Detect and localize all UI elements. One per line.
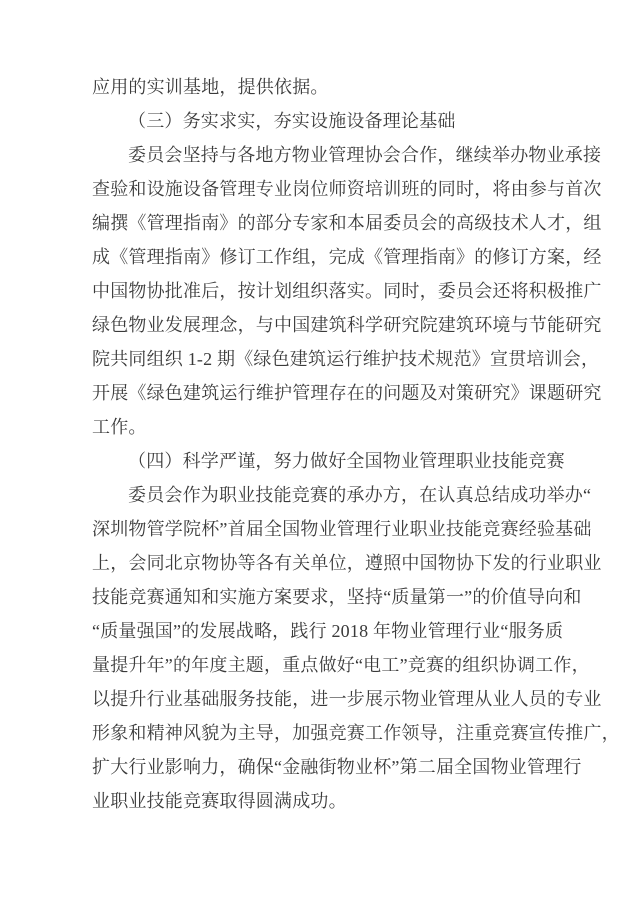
section-heading-3: （三）务实求实，夯实设施设备理论基础	[92, 104, 566, 138]
paragraph-line: 应用的实训基地，提供依据。	[92, 70, 566, 104]
paragraph-line: 编撰《管理指南》的部分专家和本届委员会的高级技术人才，组	[92, 206, 566, 240]
paragraph-line: 成《管理指南》修订工作组，完成《管理指南》的修订方案，经	[92, 240, 566, 274]
paragraph-line: 上，会同北京物协等各有关单位，遵照中国物协下发的行业职业	[92, 546, 566, 580]
paragraph-line: 以提升行业基础服务技能，进一步展示物业管理从业人员的专业	[92, 682, 566, 716]
paragraph-line: 技能竞赛通知和实施方案要求，坚持“质量第一”的价值导向和	[92, 580, 566, 614]
paragraph-line: 量提升年”的年度主题，重点做好“电工”竞赛的组织协调工作，	[92, 648, 566, 682]
paragraph-line: 绿色物业发展理念，与中国建筑科学研究院建筑环境与节能研究	[92, 308, 566, 342]
paragraph-line: 扩大行业影响力，确保“金融街物业杯”第二届全国物业管理行	[92, 750, 566, 784]
paragraph-line: 深圳物管学院杯”首届全国物业管理行业职业技能竞赛经验基础	[92, 512, 566, 546]
document-page: 应用的实训基地，提供依据。 （三）务实求实，夯实设施设备理论基础 委员会坚持与各…	[0, 0, 640, 904]
paragraph-line: 开展《绿色建筑运行维护管理存在的问题及对策研究》课题研究	[92, 376, 566, 410]
paragraph-line: 中国物协批准后，按计划组织落实。同时，委员会还将积极推广	[92, 274, 566, 308]
section-heading-4: （四）科学严谨，努力做好全国物业管理职业技能竞赛	[92, 444, 566, 478]
paragraph-line: 业职业技能竞赛取得圆满成功。	[92, 784, 566, 818]
paragraph-line: “质量强国”的发展战略，践行 2018 年物业管理行业“服务质	[92, 614, 566, 648]
paragraph-line: 形象和精神风貌为主导，加强竞赛工作领导，注重竞赛宣传推广，	[92, 716, 566, 750]
document-body: 应用的实训基地，提供依据。 （三）务实求实，夯实设施设备理论基础 委员会坚持与各…	[92, 70, 566, 818]
paragraph-line: 查验和设施设备管理专业岗位师资培训班的同时，将由参与首次	[92, 172, 566, 206]
paragraph-line: 工作。	[92, 410, 566, 444]
paragraph-line: 院共同组织 1-2 期《绿色建筑运行维护技术规范》宣贯培训会，	[92, 342, 566, 376]
paragraph-line: 委员会作为职业技能竞赛的承办方，在认真总结成功举办“	[92, 478, 566, 512]
paragraph-line: 委员会坚持与各地方物业管理协会合作，继续举办物业承接	[92, 138, 566, 172]
